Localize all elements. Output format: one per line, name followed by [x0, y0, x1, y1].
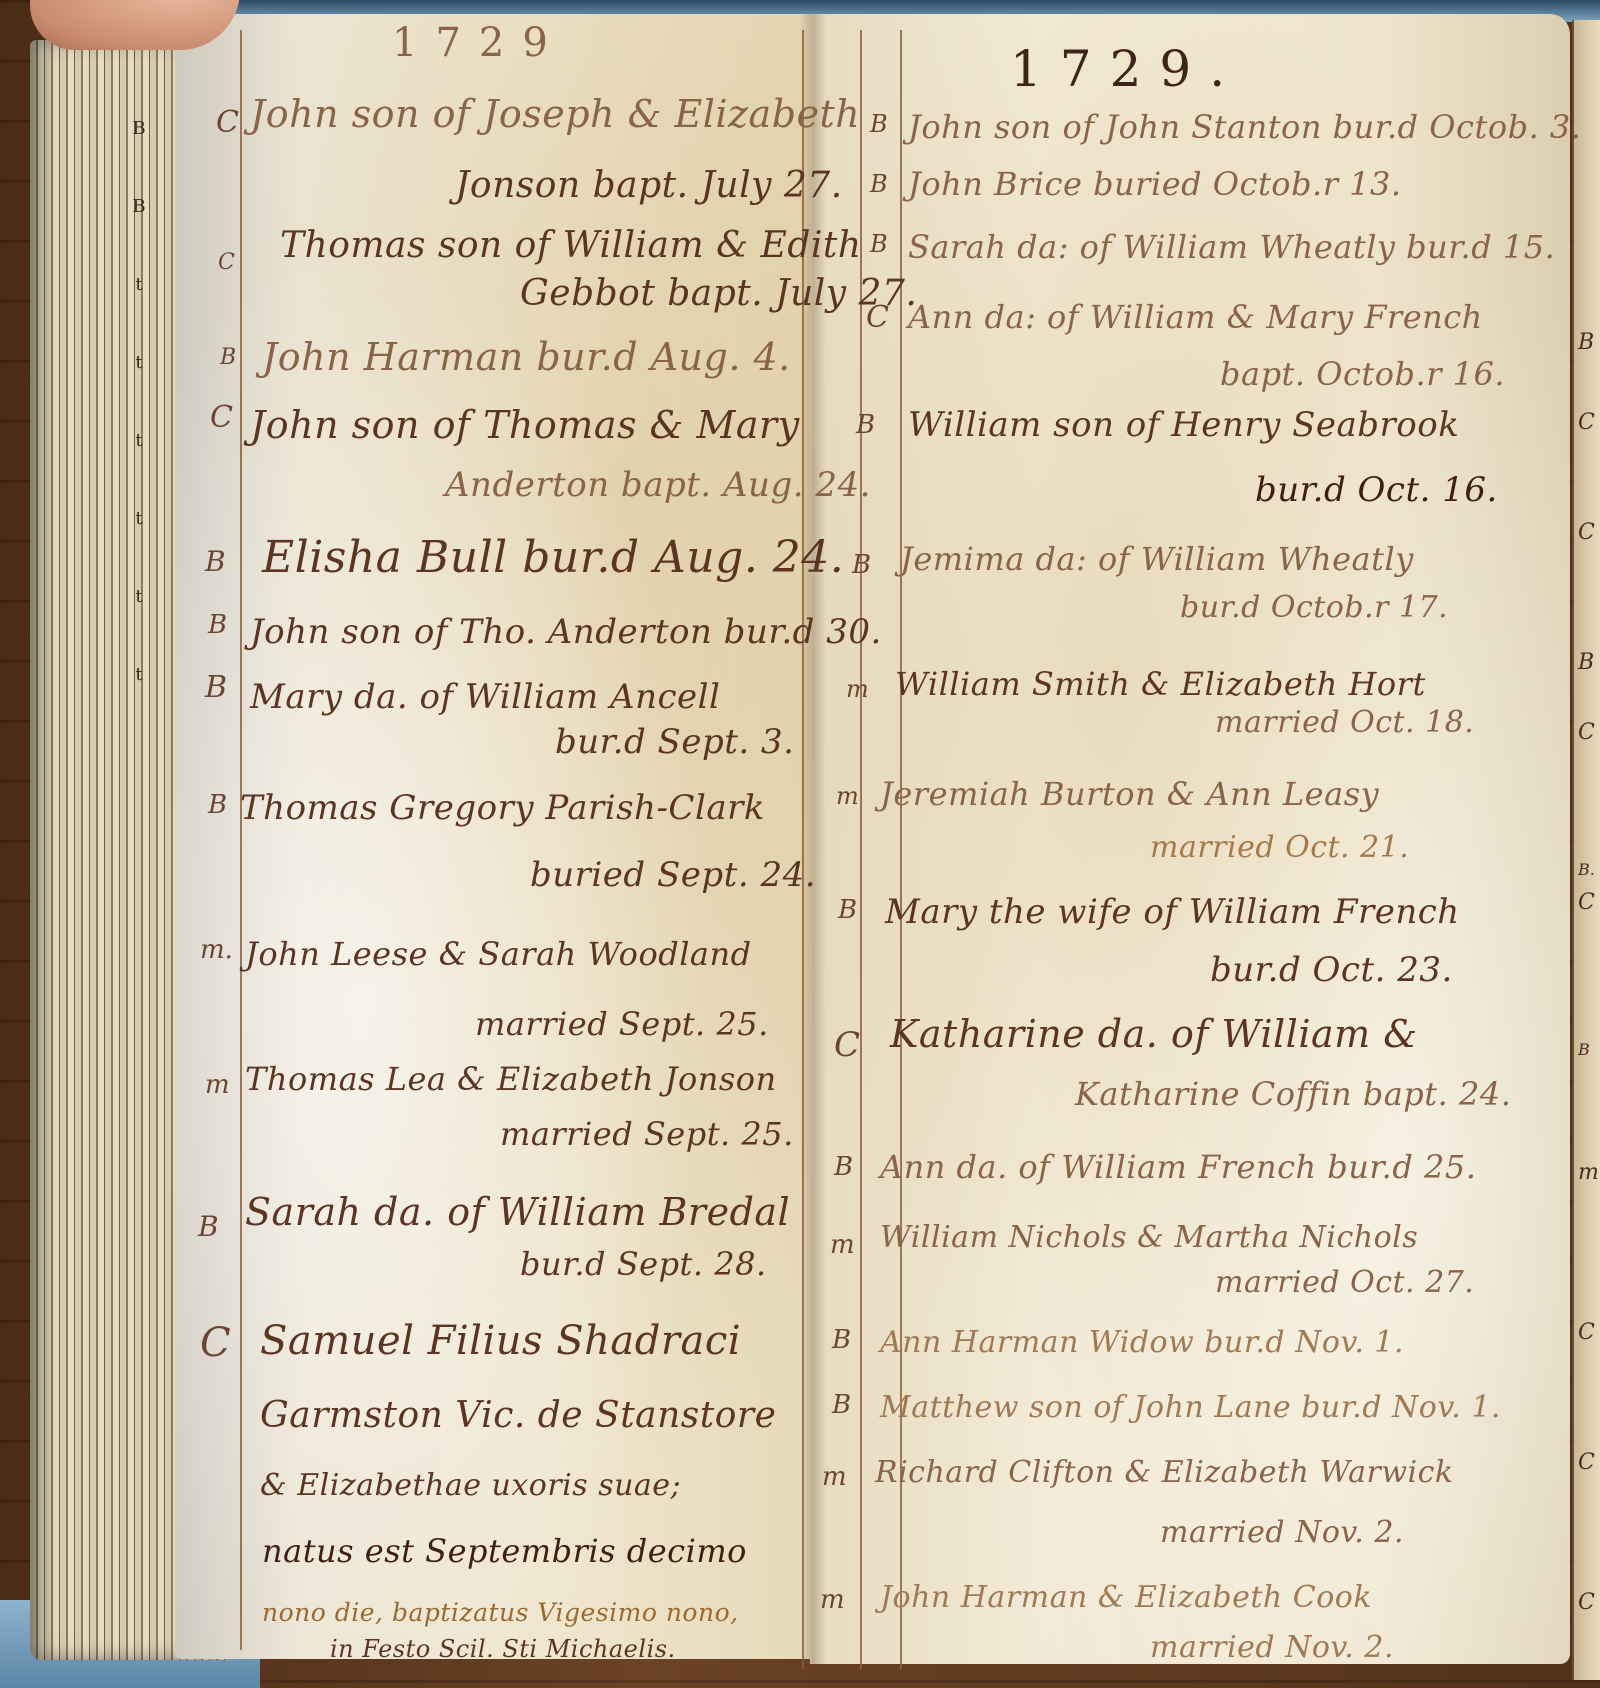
margin-code: C	[1578, 410, 1595, 435]
margin-code: B	[1578, 1040, 1590, 1059]
entry-line: married Oct. 27.	[1215, 1265, 1474, 1300]
margin-code: C	[1578, 890, 1595, 915]
entry-code: m	[830, 1230, 855, 1260]
entry-code: m	[836, 782, 859, 810]
entry-line: Jemima da: of William Wheatly	[900, 540, 1414, 578]
entry-code: C	[834, 1025, 860, 1065]
margin-code: C	[1578, 1450, 1595, 1475]
entry-code: m	[820, 1585, 845, 1615]
left-page-margin-rule	[240, 30, 242, 1650]
entry-code: B	[856, 410, 875, 440]
entry-line: in Festo Scil. Sti Michaelis.	[330, 1635, 676, 1663]
entry-line: married Sept. 25.	[475, 1005, 769, 1043]
entry-line: John Harman bur.d Aug. 4.	[262, 335, 791, 379]
margin-code: B	[1578, 330, 1594, 355]
entry-line: Jonson bapt. July 27.	[455, 165, 843, 206]
entry-code: B	[205, 670, 227, 705]
holding-finger	[30, 0, 240, 50]
margin-code: B.	[1578, 860, 1595, 879]
entry-line: Mary the wife of William French	[885, 892, 1460, 932]
margin-code: m	[1578, 1160, 1599, 1185]
entry-line: married Nov. 2.	[1160, 1515, 1404, 1550]
entry-line: married Sept. 25.	[500, 1115, 794, 1153]
entry-line: Jeremiah Burton & Ann Leasy	[880, 775, 1379, 813]
entry-code: B	[838, 895, 857, 925]
next-page-margin-codes: B C C B C B. C B m C C C	[1576, 0, 1600, 1688]
entry-code: B	[852, 550, 871, 580]
entry-line: Matthew son of John Lane bur.d Nov. 1.	[880, 1390, 1501, 1425]
entry-line: Samuel Filius Shadraci	[260, 1318, 741, 1364]
entry-line: Ann Harman Widow bur.d Nov. 1.	[880, 1325, 1404, 1360]
page-edge-marks: BBtttttt	[130, 90, 148, 1590]
entry-code: B	[220, 345, 236, 370]
margin-code: C	[1578, 1590, 1595, 1615]
entry-line: John Harman & Elizabeth Cook	[880, 1580, 1372, 1615]
entry-line: Thomas Gregory Parish-Clark	[240, 788, 765, 828]
entry-line: John Leese & Sarah Woodland	[245, 935, 752, 973]
entry-code: B	[205, 545, 226, 578]
entry-line: bur.d Octob.r 17.	[1180, 590, 1448, 625]
entry-code: C	[866, 300, 889, 335]
entry-code: m	[822, 1462, 847, 1492]
left-page-year-heading: 1729	[392, 20, 566, 66]
entry-code: B	[870, 170, 888, 198]
entry-code: C	[200, 1320, 231, 1366]
entry-line: Ann da. of William French bur.d 25.	[880, 1148, 1476, 1186]
entry-line: buried Sept. 24.	[530, 855, 816, 895]
entry-line: John son of John Stanton bur.d Octob. 3.	[908, 108, 1581, 146]
margin-code: C	[1578, 720, 1595, 745]
entry-line: & Elizabethae uxoris suae;	[260, 1468, 681, 1503]
entry-line: John son of Thomas & Mary	[250, 403, 800, 447]
entry-code: B	[834, 1152, 853, 1182]
entry-line: Sarah da. of William Bredal	[245, 1190, 790, 1234]
entry-code: B	[208, 610, 227, 640]
entry-line: bur.d Oct. 16.	[1255, 470, 1498, 510]
entry-line: Katharine Coffin bapt. 24.	[1075, 1075, 1511, 1113]
entry-code: B	[870, 230, 888, 258]
entry-line: married Oct. 18.	[1215, 705, 1474, 740]
entry-line: Elisha Bull bur.d Aug. 24.	[262, 532, 844, 583]
entry-code: m	[205, 1070, 230, 1100]
entry-line: Thomas son of William & Edith	[280, 225, 862, 266]
entry-code: C	[210, 400, 233, 435]
entry-line: Gebbot bapt. July 27.	[520, 273, 917, 314]
entry-code: B	[208, 790, 227, 820]
margin-code: B	[1578, 650, 1594, 675]
entry-line: Sarah da: of William Wheatly bur.d 15.	[908, 228, 1555, 266]
entry-line: William Nichols & Martha Nichols	[880, 1220, 1418, 1255]
entry-code: m	[846, 675, 869, 703]
entry-line: Ann da: of William & Mary French	[908, 298, 1483, 336]
entry-line: married Nov. 2.	[1150, 1630, 1394, 1665]
entry-code: B	[198, 1210, 219, 1243]
entry-line: William Smith & Elizabeth Hort	[895, 665, 1426, 703]
entry-line: bur.d Sept. 28.	[520, 1245, 767, 1283]
entry-code: m.	[200, 935, 233, 965]
entry-line: Katharine da. of William &	[890, 1012, 1418, 1056]
entry-line: nono die, baptizatus Vigesimo nono,	[262, 1598, 739, 1627]
entry-code: C	[216, 105, 239, 140]
entry-line: Mary da. of William Ancell	[250, 677, 720, 717]
entry-line: John son of Tho. Anderton bur.d 30.	[250, 612, 882, 652]
entry-line: married Oct. 21.	[1150, 830, 1409, 865]
entry-line: William son of Henry Seabrook	[908, 405, 1459, 445]
entry-line: Richard Clifton & Elizabeth Warwick	[875, 1455, 1454, 1490]
margin-code: C	[1578, 1320, 1595, 1345]
right-page-year-heading: 1729.	[1010, 40, 1243, 98]
entry-code: B	[870, 110, 888, 138]
entry-code: B	[832, 1390, 851, 1420]
entry-line: Anderton bapt. Aug. 24.	[445, 465, 871, 505]
entry-code: C	[218, 250, 235, 275]
entry-line: natus est Septembris decimo	[262, 1532, 747, 1570]
entry-line: Garmston Vic. de Stanstore	[260, 1395, 776, 1436]
margin-code: C	[1578, 520, 1595, 545]
entry-line: John son of Joseph & Elizabeth	[250, 92, 860, 136]
entry-line: bapt. Octob.r 16.	[1220, 355, 1505, 393]
entry-code: B	[832, 1325, 851, 1355]
entry-line: John Brice buried Octob.r 13.	[908, 165, 1402, 203]
entry-line: bur.d Sept. 3.	[555, 722, 794, 762]
entry-line: Thomas Lea & Elizabeth Jonson	[245, 1060, 777, 1098]
entry-line: bur.d Oct. 23.	[1210, 950, 1453, 990]
